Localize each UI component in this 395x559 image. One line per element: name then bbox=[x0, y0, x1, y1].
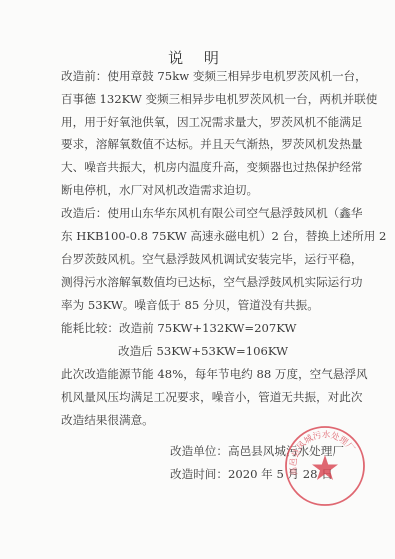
document-title: 说 明 bbox=[0, 47, 395, 68]
energy-comparison-before: 能耗比较：改造前 75KW+132KW=207KW bbox=[61, 320, 341, 336]
text-line: 改造前：使用章鼓 75kw 变频三相异步电机罗茨风机一台， bbox=[61, 68, 341, 84]
text-line: 率为 53KW。噪音低于 85 分贝，管道没有共振。 bbox=[61, 297, 341, 313]
text-line: 改造后：使用山东华东风机有限公司空气悬浮鼓风机（鑫华 bbox=[61, 205, 341, 221]
text-line: 东 HKB100-0.8 75KW 高速永磁电机）2 台，替换上述所用 2 bbox=[61, 228, 341, 244]
red-seal-stamp-icon: 高邑县风城污水处理厂 bbox=[284, 425, 366, 507]
text-line: 要求，溶解氧数值不达标。并且天气渐热，罗茨风机发热量 bbox=[61, 136, 341, 152]
text-line: 百事德 132KW 变频三相异步电机罗茨风机一台，两机并联使 bbox=[61, 91, 341, 107]
text-line: 断电停机，水厂对风机改造需求迫切。 bbox=[61, 182, 341, 198]
text-line: 台罗茨鼓风机。空气悬浮鼓风机调试安装完毕，运行平稳， bbox=[61, 251, 341, 267]
text-line: 机风量风压均满足工况要求，噪音小，管道无共振，对此次 bbox=[61, 389, 341, 405]
text-line: 用，用于好氧池供氧，因工况需求量大，罗茨风机不能满足 bbox=[61, 114, 341, 130]
energy-comparison-after: 改造后 53KW+53KW=106KW bbox=[118, 343, 395, 359]
text-line: 此次改造能源节能 48%，每年节电约 88 万度，空气悬浮风 bbox=[61, 366, 341, 382]
text-line: 大、噪音共振大，机房内温度升高，变频器也过热保护经常 bbox=[61, 159, 341, 175]
document-page: 说 明 改造前：使用章鼓 75kw 变频三相异步电机罗茨风机一台， 百事德 13… bbox=[0, 0, 395, 559]
text-line: 测得污水溶解氧数值均已达标，空气悬浮鼓风机实际运行功 bbox=[61, 274, 341, 290]
